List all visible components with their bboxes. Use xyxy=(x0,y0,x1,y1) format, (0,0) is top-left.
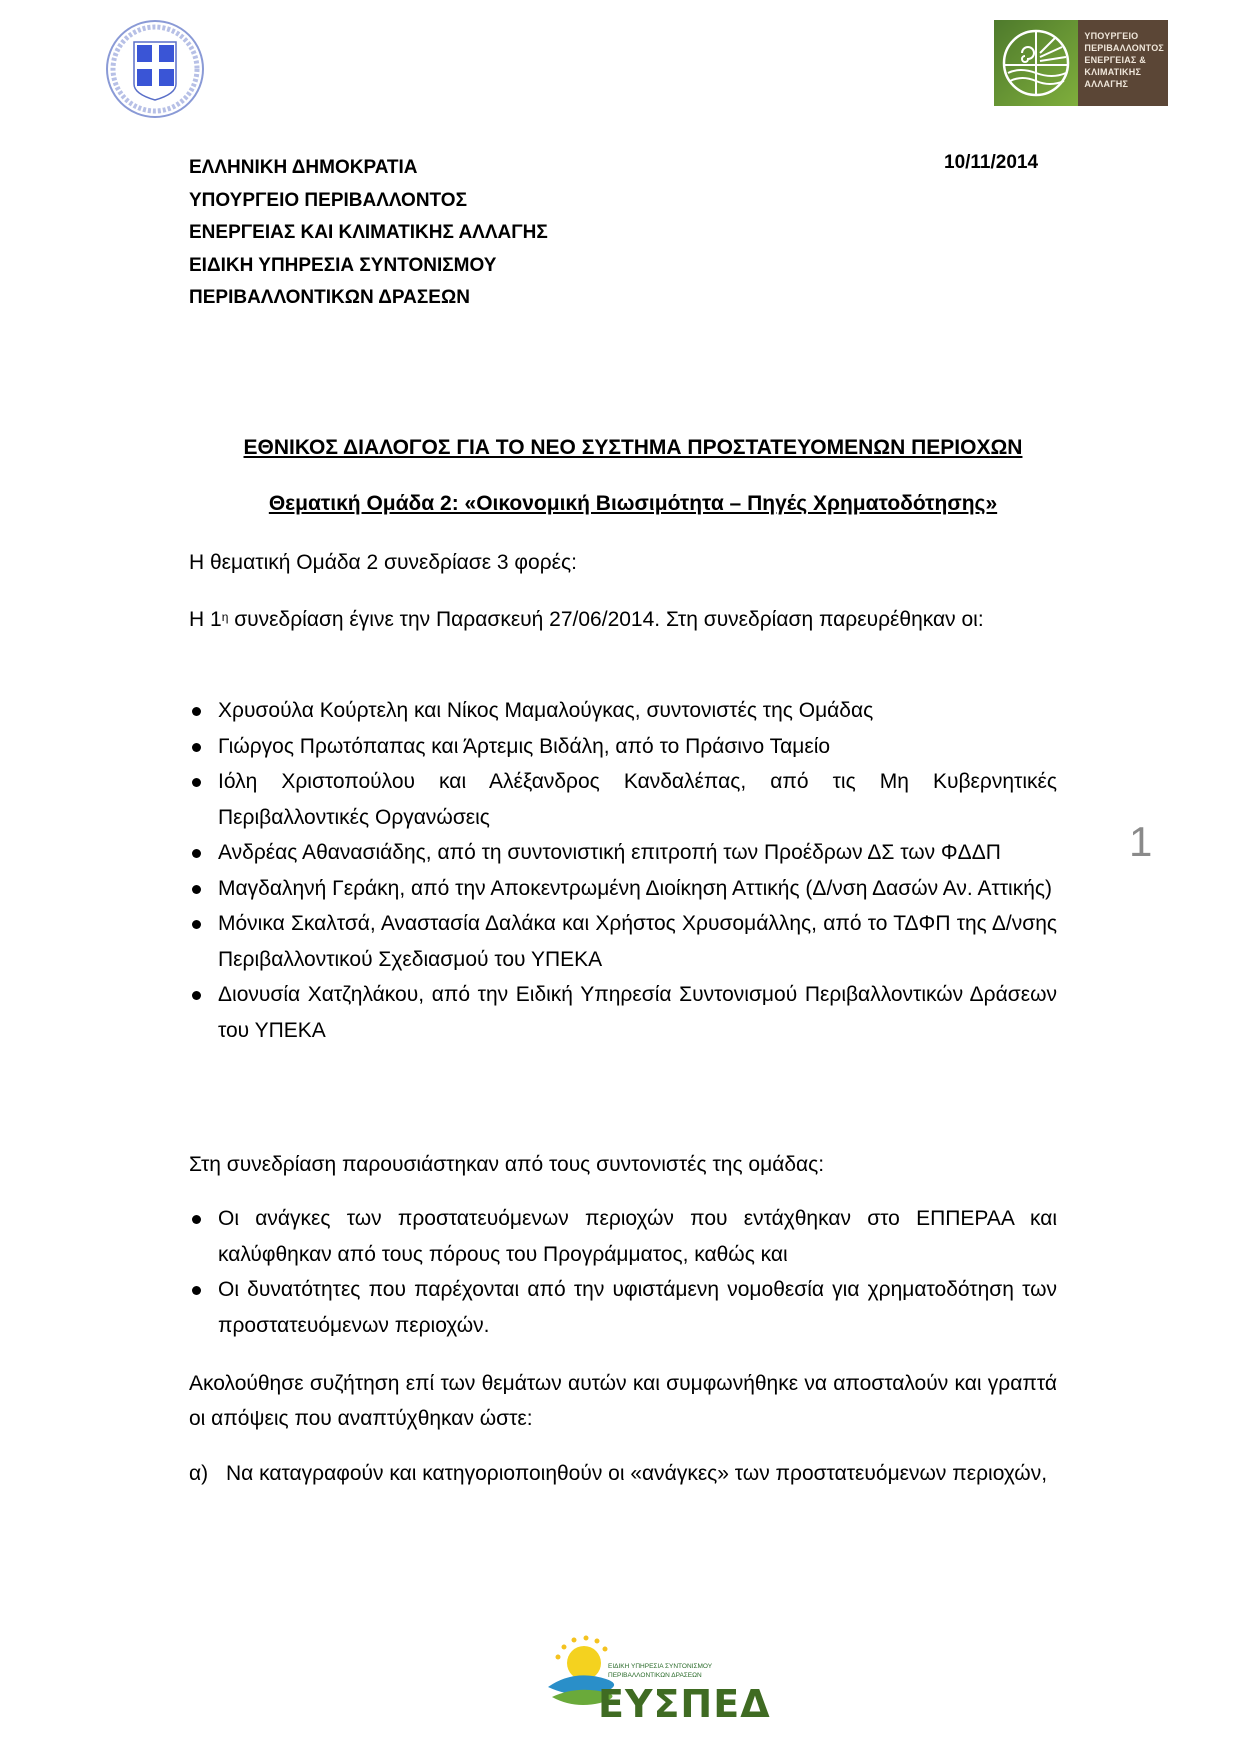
enumerated-item-text: Να καταγραφούν και κατηγοριοποιηθούν οι … xyxy=(189,1456,1057,1491)
header-line: ΕΙΔΙΚΗ ΥΠΗΡΕΣΙΑ ΣΥΝΤΟΝΙΣΜΟΥ xyxy=(189,250,548,283)
ministry-emblem-icon xyxy=(994,20,1078,106)
list-item-text: Διονυσία Χατζηλάκου, από την Ειδική Υπηρ… xyxy=(218,983,1057,1042)
bullet-icon xyxy=(192,743,201,752)
document-subtitle: Θεματική Ομάδα 2: «Οικονομική Βιωσιμότητ… xyxy=(0,492,1240,516)
bullet-icon xyxy=(192,1286,201,1295)
ministry-logo-line: ΠΕΡΙΒΑΛΛΟΝΤΟΣ xyxy=(1084,42,1164,54)
list-item-text: Μόνικα Σκαλτσά, Αναστασία Δαλάκα και Χρή… xyxy=(218,912,1057,971)
list-item: Οι ανάγκες των προστατευόμενων περιοχών … xyxy=(189,1201,1057,1272)
discussion-paragraph: Ακολούθησε συζήτηση επί των θεμάτων αυτώ… xyxy=(189,1366,1057,1436)
bullet-icon xyxy=(192,920,201,929)
header-line: ΥΠΟΥΡΓΕΙΟ ΠΕΡΙΒΑΛΛΟΝΤΟΣ xyxy=(189,185,548,218)
list-item: Μαγδαληνή Γεράκη, από την Αποκεντρωμένη … xyxy=(189,871,1057,907)
eyspe-subtitle-line: ΠΕΡΙΒΑΛΛΟΝΤΙΚΩΝ ΔΡΑΣΕΩΝ xyxy=(608,1671,712,1680)
ordinal-superscript: η xyxy=(222,610,229,624)
eyspe-subtitle-line: ΕΙΔΙΚΗ ΥΠΗΡΕΣΙΑ ΣΥΝΤΟΝΙΣΜΟΥ xyxy=(608,1662,712,1671)
eyspe-wordmark: ΕΥΣΠΕΔ xyxy=(598,1682,771,1726)
bullet-icon xyxy=(192,849,201,858)
list-item: Ανδρέας Αθανασιάδης, από τη συντονιστική… xyxy=(189,835,1057,871)
bullet-icon xyxy=(192,1215,201,1224)
ministry-logo-text: ΥΠΟΥΡΓΕΙΟ ΠΕΡΙΒΑΛΛΟΝΤΟΣ ΕΝΕΡΓΕΙΑΣ & ΚΛΙΜ… xyxy=(1078,20,1168,106)
eyspe-logo: ΕΙΔΙΚΗ ΥΠΗΡΕΣΙΑ ΣΥΝΤΟΝΙΣΜΟΥ ΠΕΡΙΒΑΛΛΟΝΤΙ… xyxy=(544,1635,744,1730)
enumerated-item-a: α) Να καταγραφούν και κατηγοριοποιηθούν … xyxy=(189,1456,1057,1491)
header-line: ΕΝΕΡΓΕΙΑΣ ΚΑΙ ΚΛΙΜΑΤΙΚΗΣ ΑΛΛΑΓΗΣ xyxy=(189,217,548,250)
list-item-text: Ανδρέας Αθανασιάδης, από τη συντονιστική… xyxy=(218,841,1001,864)
presented-intro-paragraph: Στη συνεδρίαση παρουσιάστηκαν από τους σ… xyxy=(189,1147,1057,1182)
list-item-text: Γιώργος Πρωτόπαπας και Άρτεμις Βιδάλη, α… xyxy=(218,735,830,758)
header-line: ΕΛΛΗΝΙΚΗ ΔΗΜΟΚΡΑΤΙΑ xyxy=(189,152,548,185)
list-item: Γιώργος Πρωτόπαπας και Άρτεμις Βιδάλη, α… xyxy=(189,729,1057,765)
enumeration-marker: α) xyxy=(189,1456,208,1491)
ministry-logo: ΥΠΟΥΡΓΕΙΟ ΠΕΡΙΒΑΛΛΟΝΤΟΣ ΕΝΕΡΓΕΙΑΣ & ΚΛΙΜ… xyxy=(994,20,1168,106)
list-item: Οι δυνατότητες που παρέχονται από την υφ… xyxy=(189,1272,1057,1343)
bullet-icon xyxy=(192,885,201,894)
first-meeting-paragraph: Η 1η συνεδρίαση έγινε την Παρασκευή 27/0… xyxy=(189,602,1057,637)
ministry-logo-line: ΚΛΙΜΑΤΙΚΗΣ xyxy=(1084,66,1164,78)
document-date: 10/11/2014 xyxy=(944,152,1038,174)
list-item: Ιόλη Χριστοπούλου και Αλέξανδρος Κανδαλέ… xyxy=(189,764,1057,835)
ministry-logo-line: ΕΝΕΡΓΕΙΑΣ & xyxy=(1084,54,1164,66)
list-item: Μόνικα Σκαλτσά, Αναστασία Δαλάκα και Χρή… xyxy=(189,906,1057,977)
meeting-ordinal: Η 1 xyxy=(189,608,222,631)
list-item: Χρυσούλα Κούρτελη και Νίκος Μαμαλούγκας,… xyxy=(189,693,1057,729)
bullet-icon xyxy=(192,778,201,787)
ministry-logo-line: ΑΛΛΑΓΗΣ xyxy=(1084,78,1164,90)
list-item-text: Ιόλη Χριστοπούλου και Αλέξανδρος Κανδαλέ… xyxy=(218,770,1057,829)
ministry-logo-line: ΥΠΟΥΡΓΕΙΟ xyxy=(1084,30,1164,42)
presented-list: Οι ανάγκες των προστατευόμενων περιοχών … xyxy=(189,1201,1057,1343)
header-line: ΠΕΡΙΒΑΛΛΟΝΤΙΚΩΝ ΔΡΑΣΕΩΝ xyxy=(189,282,548,315)
bullet-icon xyxy=(192,707,201,716)
attendees-list: Χρυσούλα Κούρτελη και Νίκος Μαμαλούγκας,… xyxy=(189,693,1057,1048)
eyspe-logo-subtitle: ΕΙΔΙΚΗ ΥΠΗΡΕΣΙΑ ΣΥΝΤΟΝΙΣΜΟΥ ΠΕΡΙΒΑΛΛΟΝΤΙ… xyxy=(608,1662,712,1680)
list-item-text: Οι δυνατότητες που παρέχονται από την υφ… xyxy=(218,1278,1057,1337)
document-title: ΕΘΝΙΚΟΣ ΔΙΑΛΟΓΟΣ ΓΙΑ ΤΟ ΝΕΟ ΣΥΣΤΗΜΑ ΠΡΟΣ… xyxy=(0,436,1240,460)
bullet-icon xyxy=(192,991,201,1000)
first-meeting-text: συνεδρίαση έγινε την Παρασκευή 27/06/201… xyxy=(228,608,983,631)
page-number: 1 xyxy=(1129,818,1152,866)
sender-header: ΕΛΛΗΝΙΚΗ ΔΗΜΟΚΡΑΤΙΑ ΥΠΟΥΡΓΕΙΟ ΠΕΡΙΒΑΛΛΟΝ… xyxy=(189,152,548,315)
list-item-text: Χρυσούλα Κούρτελη και Νίκος Μαμαλούγκας,… xyxy=(218,699,873,722)
list-item-text: Μαγδαληνή Γεράκη, από την Αποκεντρωμένη … xyxy=(218,877,1052,900)
intro-paragraph: Η θεματική Ομάδα 2 συνεδρίασε 3 φορές: xyxy=(189,545,1057,580)
greek-coat-of-arms-icon xyxy=(104,18,206,120)
list-item: Διονυσία Χατζηλάκου, από την Ειδική Υπηρ… xyxy=(189,977,1057,1048)
list-item-text: Οι ανάγκες των προστατευόμενων περιοχών … xyxy=(218,1207,1057,1266)
